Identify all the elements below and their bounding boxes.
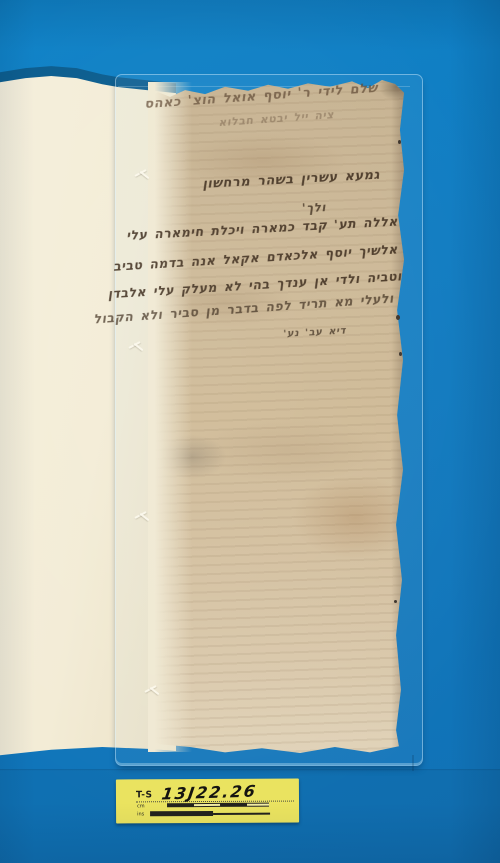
ink-speck [396, 315, 400, 320]
shelfmark-number: 13J22.26 [160, 781, 258, 803]
sleeve-crease-mark [132, 166, 152, 182]
cm-unit-label: cm [137, 804, 145, 809]
ink-speck [399, 352, 402, 356]
ins-scale-bar [150, 811, 213, 816]
classmark-row: T-S 13J22.26 [136, 783, 294, 803]
scale-segment [220, 803, 247, 807]
cm-scale-bar [167, 803, 269, 808]
shelfmark-prefix: T-S [136, 790, 153, 800]
ins-scale-line [213, 813, 270, 815]
sleeve-crease-mark [142, 682, 162, 698]
scale-segment [194, 803, 220, 807]
ins-unit-label: ins [137, 812, 144, 817]
fragment-abraded-edge [148, 82, 192, 752]
manuscript-line: ולך' [292, 200, 327, 216]
board-corner-line [412, 755, 414, 771]
classmark-label: T-S 13J22.26 cm ins [116, 779, 299, 824]
scale-segment [247, 803, 269, 807]
sleeve-crease-mark [132, 508, 152, 524]
ink-speck [398, 140, 401, 144]
genizah-photo: שלם לידי ר' יוסף אואל הוצ' כאהס ציה ייל … [0, 0, 500, 863]
ink-speck [394, 600, 397, 603]
scale-segment [167, 803, 194, 807]
sleeve-crease-mark [126, 338, 146, 354]
